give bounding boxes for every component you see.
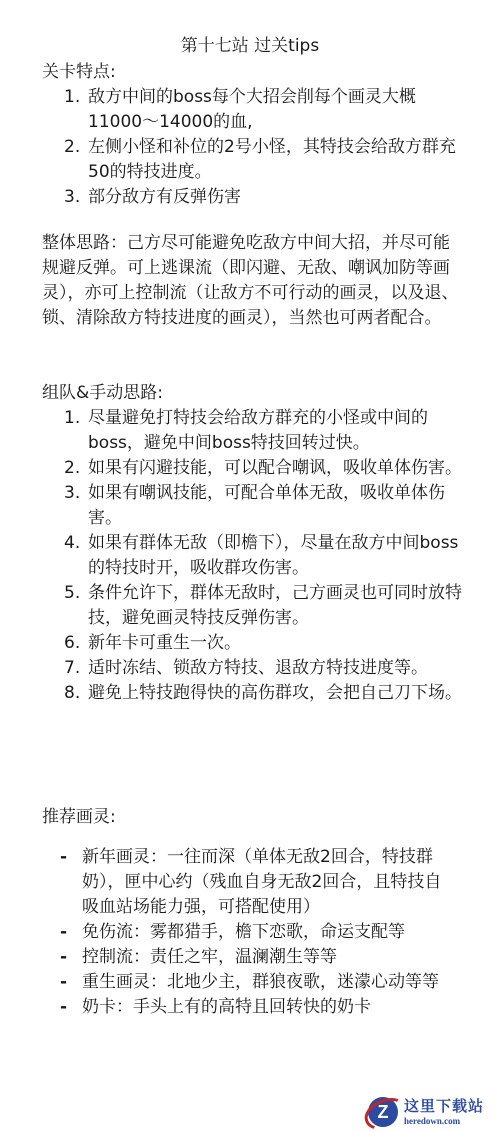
- watermark-en: heredown.com: [404, 1117, 484, 1126]
- overall-strategy: 整体思路：己方尽可能避免吃敌方中间大招，并尽可能规避反弹。可上逃课流（即闪避、无…: [42, 231, 462, 331]
- list-item: -控制流：责任之牢，温澜潮生等等: [58, 945, 458, 970]
- list-item: -奶卡：手头上有的高特且回转快的奶卡: [58, 995, 458, 1020]
- list-item: 4.如果有群体无敌（即檐下），尽量在敌方中间boss的特技时开，吸收群攻伤害。: [64, 531, 464, 581]
- list-item: 2.左侧小怪和补位的2号小怪，其特技会给敌方群充50的特技进度。: [64, 135, 464, 185]
- list-item: 8.避免上特技跑得快的高伤群攻，会把自己刀下场。: [64, 681, 464, 706]
- team-heading: 组队&手动思路:: [42, 381, 163, 406]
- list-item: 5.条件允许下，群体无敌时，己方画灵也可同时放特技，避免画灵特技反弹伤害。: [64, 581, 464, 631]
- recommend-list: -新年画灵：一往而深（单体无敌2回合，特技群奶），匣中心约（残血自身无敌2回合，…: [58, 845, 458, 1020]
- logo-icon: Z: [368, 1097, 398, 1127]
- list-item: 1.尽量避免打特技会给敌方群充的小怪或中间的boss，避免中间boss特技回转过…: [64, 406, 464, 456]
- list-item: -重生画灵：北地少主，群狼夜歌，迷濛心动等等: [58, 970, 458, 995]
- list-item: 3.部分敌方有反弹伤害: [64, 185, 464, 210]
- page-title: 第十七站 过关tips: [0, 34, 500, 58]
- list-item: -免伤流：雾都猎手，檐下恋歌，命运支配等: [58, 920, 458, 945]
- list-item: 6.新年卡可重生一次。: [64, 631, 464, 656]
- features-heading: 关卡特点:: [42, 60, 116, 85]
- features-list: 1.敌方中间的boss每个大招会削每个画灵大概11000～14000的血, 2.…: [64, 85, 464, 210]
- list-item: 7.适时冻结、锁敌方特技、退敌方特技进度等。: [64, 656, 464, 681]
- watermark: Z 这里下载站 heredown.com: [368, 1095, 498, 1129]
- list-item: 3.如果有嘲讽技能，可配合单体无敌，吸收单体伤害。: [64, 481, 464, 531]
- team-list: 1.尽量避免打特技会给敌方群充的小怪或中间的boss，避免中间boss特技回转过…: [64, 406, 464, 706]
- watermark-cn: 这里下载站: [404, 1099, 484, 1114]
- recommend-heading: 推荐画灵:: [42, 805, 116, 830]
- list-item: 1.敌方中间的boss每个大招会削每个画灵大概11000～14000的血,: [64, 85, 464, 135]
- list-item: -新年画灵：一往而深（单体无敌2回合，特技群奶），匣中心约（残血自身无敌2回合，…: [58, 845, 458, 920]
- list-item: 2.如果有闪避技能，可以配合嘲讽，吸收单体伤害。: [64, 456, 464, 481]
